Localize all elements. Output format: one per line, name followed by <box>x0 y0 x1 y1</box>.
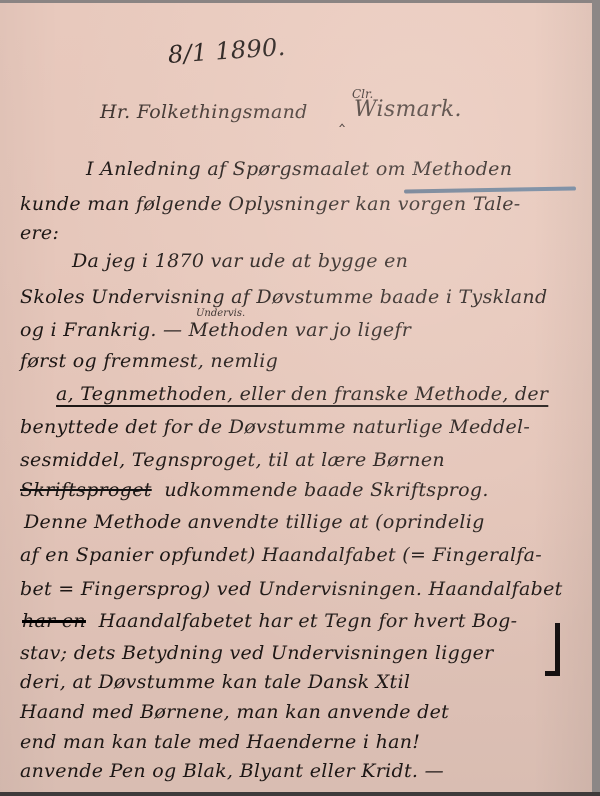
body-line-6: og i Frankrig. — Methoden var jo ligefr <box>20 319 411 341</box>
body-line-5: Skoles Undervisning af Døvstumme baade i… <box>20 286 547 308</box>
body-line-11: Skriftsproget udkommende baade Skriftspr… <box>20 479 489 501</box>
body-line-16: stav; dets Betydning ved Undervisningen … <box>20 642 494 664</box>
body-line-17: deri, at Døvstumme kan tale Dansk Xtil <box>20 671 410 693</box>
body-line-4: Da jeg i 1870 var ude at bygge en <box>72 250 408 272</box>
scan-edge-bottom <box>0 792 600 796</box>
scan-edge-right <box>592 0 600 796</box>
body-line-19: end man kan tale med Haenderne i han! <box>20 731 420 753</box>
body-line-20: anvende Pen og Blak, Blyant eller Kridt.… <box>20 760 444 782</box>
body-line-12: Denne Methode anvendte tillige at (oprin… <box>24 511 485 533</box>
body-line-9: benyttede det for de Døvstumme naturlige… <box>20 416 530 438</box>
body-line-2: kunde man følgende Oplysninger kan vorge… <box>20 193 521 215</box>
insertion-bracket-mark <box>545 623 560 676</box>
body-line-3: ere: <box>20 222 59 244</box>
line-remainder: Haandalfabetet har et Tegn for hvert Bog… <box>92 610 517 632</box>
body-line-15: har en Haandalfabetet har et Tegn for hv… <box>22 610 517 632</box>
body-line-8: a, Tegnmethoden, eller den franske Metho… <box>56 383 548 405</box>
body-line-10: sesmiddel, Tegnsproget, til at lære Børn… <box>20 449 445 471</box>
addressee-line: Hr. Folkethingsmand <box>100 101 308 123</box>
body-line-1: I Anledning af Spørgsmaalet om Methoden <box>86 158 512 180</box>
body-line-13: af en Spanier opfundet) Haandalfabet (= … <box>20 544 542 566</box>
body-line-14: bet = Fingersprog) ved Undervisningen. H… <box>20 578 563 600</box>
letter-page: 8/1 1890. Clr. Hr. Folkethingsmand ‸ Wis… <box>0 3 592 792</box>
addressee-name: Wismark. <box>354 97 462 122</box>
struck-word: Skriftsproget <box>20 479 152 501</box>
insertion-caret-icon: ‸ <box>339 107 345 128</box>
body-line-18: Haand med Børnene, man kan anvende det <box>20 701 449 723</box>
body-line-7: først og fremmest, nemlig <box>20 350 278 372</box>
insertion-undervis: Undervis. <box>196 308 245 319</box>
struck-word: har en <box>22 610 86 632</box>
letter-date: 8/1 1890. <box>167 33 286 69</box>
line-remainder: udkommende baade Skriftsprog. <box>158 479 489 501</box>
